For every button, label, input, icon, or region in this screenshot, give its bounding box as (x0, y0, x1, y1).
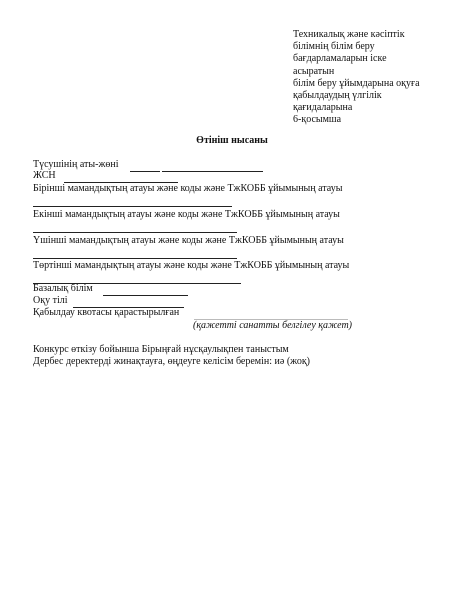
study-language-label: Оқу тілі (33, 295, 68, 307)
applicant-name-underline-short[interactable] (130, 171, 160, 172)
specialty-2-underline[interactable] (33, 232, 237, 233)
specialty-1-underline[interactable] (33, 206, 232, 207)
basic-education-label: Базалық білім (33, 283, 93, 295)
annex-header: Техникалық және кәсіптік білімнің білім … (293, 29, 463, 127)
annex-line: 6-қосымша (293, 114, 463, 126)
form-title: Өтініш нысаны (0, 135, 464, 146)
annex-line: асыратын (293, 66, 463, 78)
specialty-1-label: Бірінші мамандықтың атауы және коды және… (33, 183, 342, 195)
data-consent: Дербес деректерді жинақтауға, өңдеуге ке… (33, 356, 310, 368)
document-page: Техникалық және кәсіптік білімнің білім … (0, 0, 464, 600)
annex-line: білім беру ұйымдарына оқуға (293, 78, 463, 90)
specialty-2-label: Екінші мамандықтың атауы және коды және … (33, 209, 340, 221)
basic-education-underline[interactable] (103, 295, 188, 296)
annex-line: қағидаларына (293, 102, 463, 114)
applicant-name-underline[interactable] (162, 171, 263, 172)
iin-label: ЖСН (33, 170, 56, 182)
rules-acknowledgement: Конкурс өткізу бойынша Бірыңғай нұсқаулы… (33, 344, 289, 356)
annex-line: қабылдаудың үлгілік (293, 90, 463, 102)
specialty-3-underline[interactable] (33, 258, 237, 259)
annex-line: бағдарламаларын іске (293, 53, 463, 65)
quota-note: (қажетті санатты белгілеу қажет) (193, 320, 352, 331)
annex-line: білімнің білім беру (293, 41, 463, 53)
annex-line: Техникалық және кәсіптік (293, 29, 463, 41)
quota-label: Қабылдау квотасы қарастырылған (33, 307, 179, 319)
specialty-3-label: Үшінші мамандықтың атауы және коды және … (33, 235, 344, 247)
specialty-4-label: Төртінші мамандықтың атауы және коды жән… (33, 260, 349, 272)
